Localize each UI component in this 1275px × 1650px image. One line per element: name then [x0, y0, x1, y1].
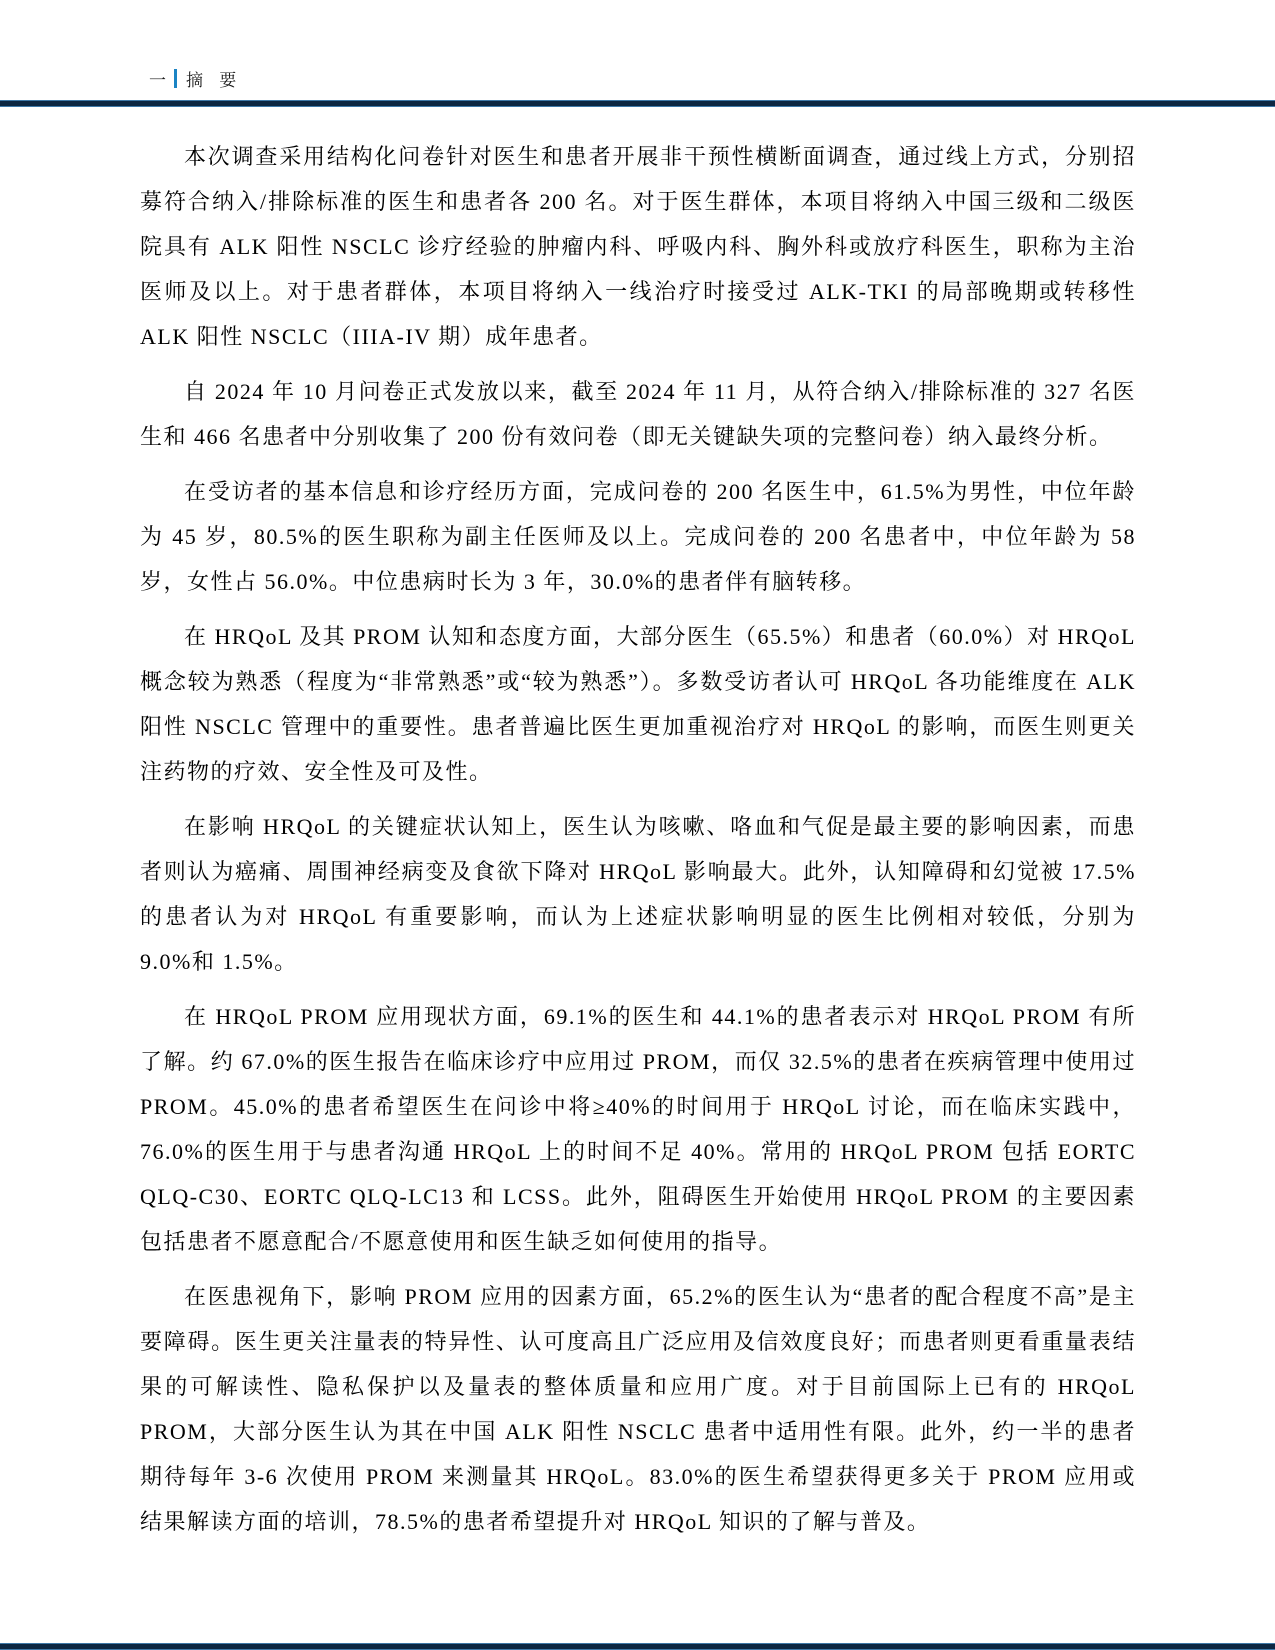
abstract-paragraph: 在 HRQoL PROM 应用现状方面，69.1%的医生和 44.1%的患者表示… [140, 994, 1136, 1264]
abstract-paragraph: 在医患视角下，影响 PROM 应用的因素方面，65.2%的医生认为“患者的配合程… [140, 1274, 1136, 1544]
header-rule [0, 100, 1275, 107]
section-header: 一 摘 要 [149, 66, 242, 91]
section-title: 摘 要 [186, 66, 242, 91]
abstract-paragraph: 在影响 HRQoL 的关键症状认知上，医生认为咳嗽、咯血和气促是最主要的影响因素… [140, 804, 1136, 984]
abstract-paragraph: 本次调查采用结构化问卷针对医生和患者开展非干预性横断面调查，通过线上方式，分别招… [140, 134, 1136, 359]
abstract-body: 本次调查采用结构化问卷针对医生和患者开展非干预性横断面调查，通过线上方式，分别招… [140, 134, 1136, 1554]
abstract-paragraph: 在 HRQoL 及其 PROM 认知和态度方面，大部分医生（65.5%）和患者（… [140, 614, 1136, 794]
section-number: 一 [149, 66, 167, 91]
abstract-paragraph: 自 2024 年 10 月问卷正式发放以来，截至 2024 年 11 月，从符合… [140, 369, 1136, 459]
document-page: 一 摘 要 本次调查采用结构化问卷针对医生和患者开展非干预性横断面调查，通过线上… [0, 0, 1275, 1650]
abstract-paragraph: 在受访者的基本信息和诊疗经历方面，完成问卷的 200 名医生中，61.5%为男性… [140, 469, 1136, 604]
header-accent-bar [174, 69, 177, 88]
footer-rule [0, 1643, 1275, 1650]
